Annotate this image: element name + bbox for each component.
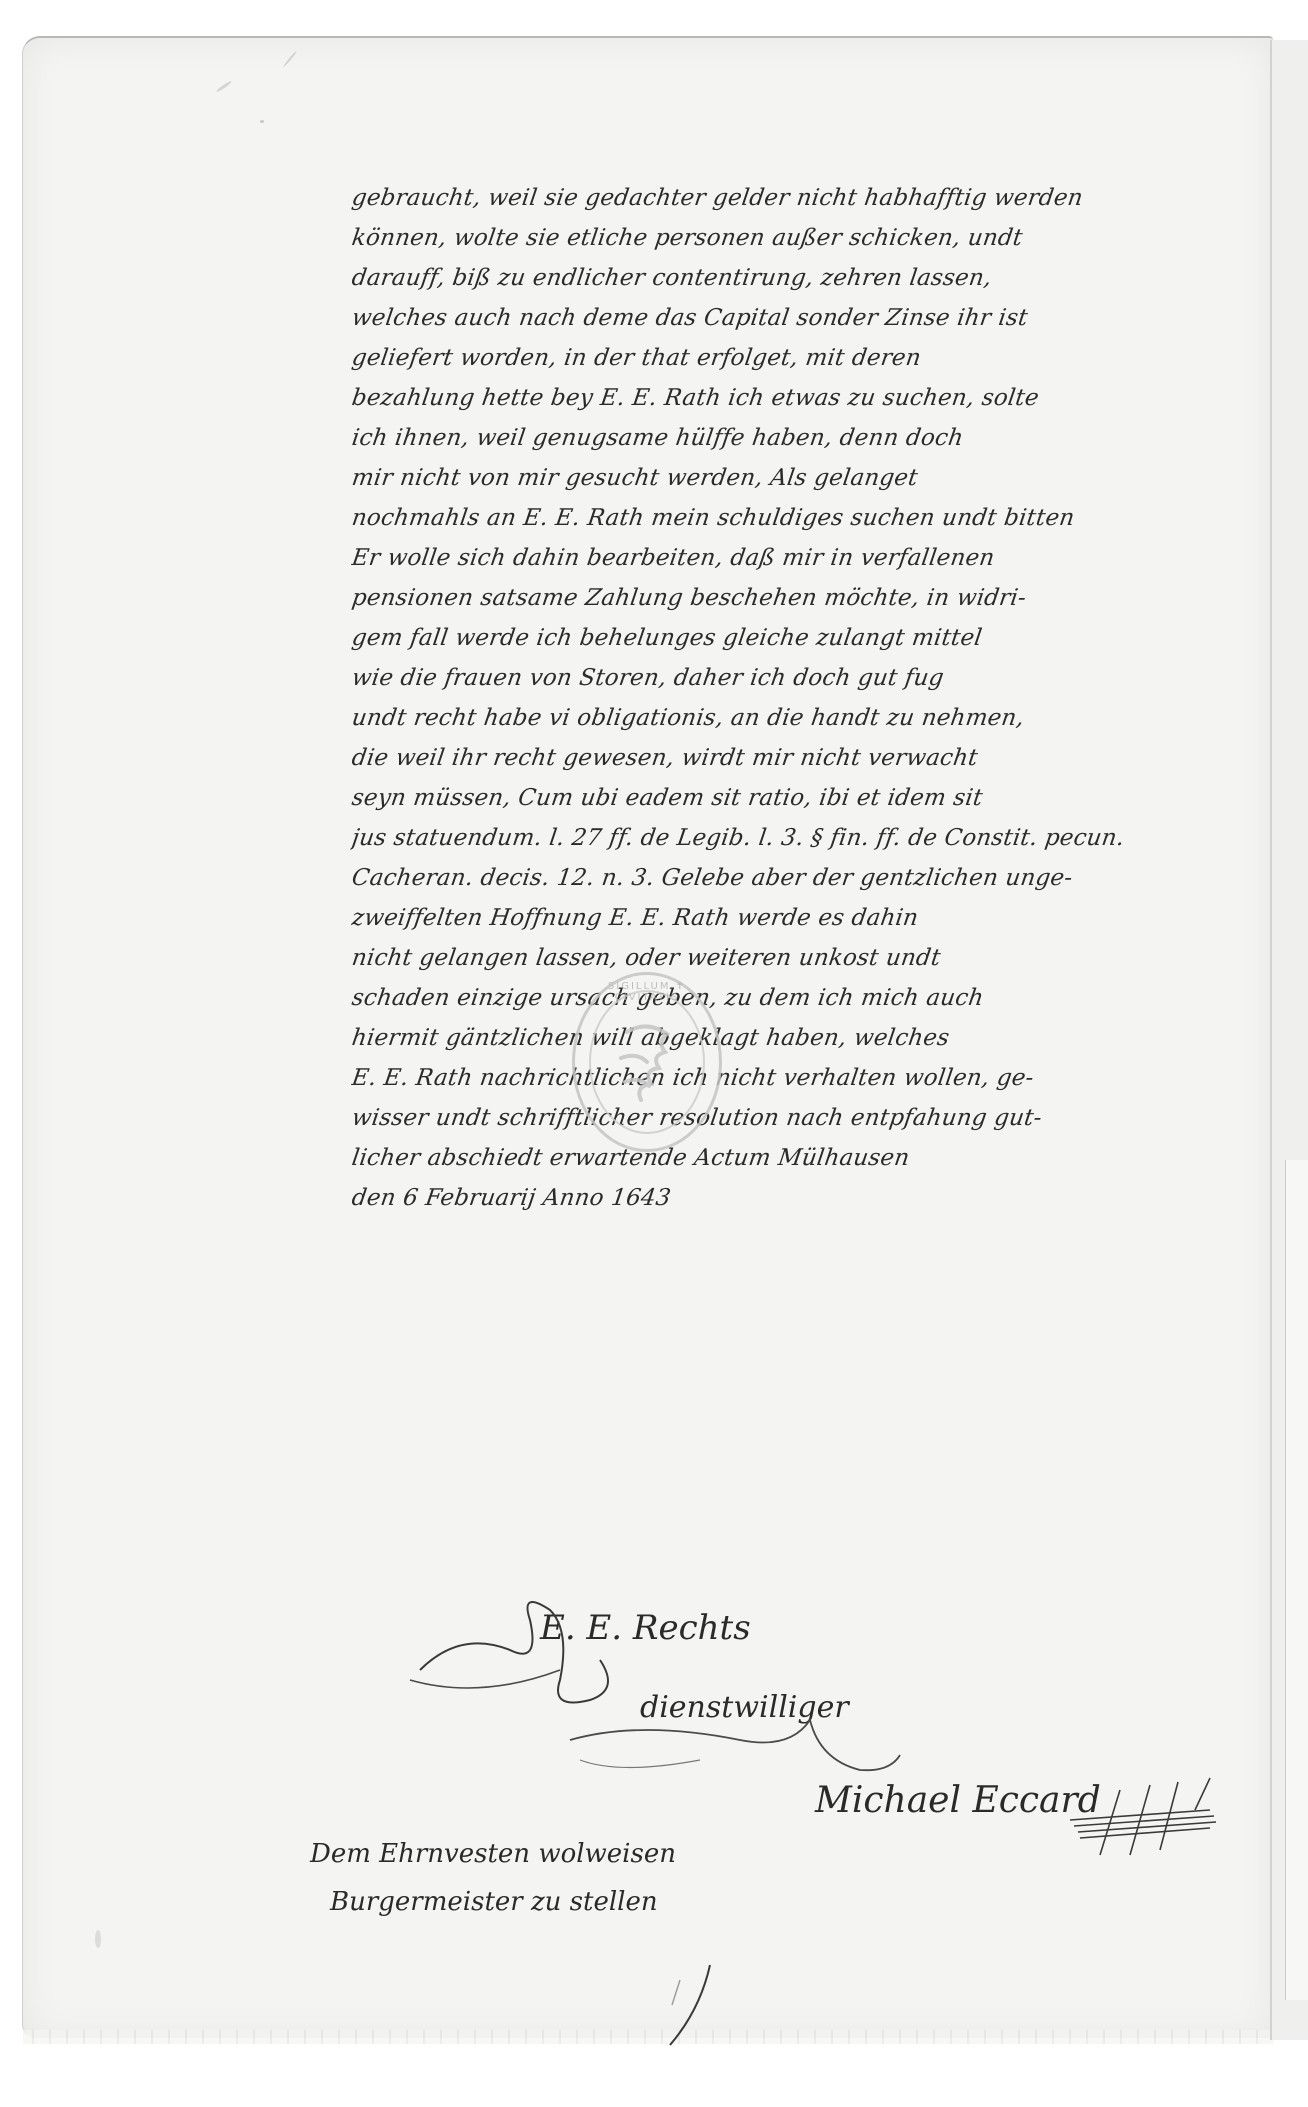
body-line: darauff, biß zu endlicher contentirung, … <box>349 258 1305 298</box>
endorsement-stroke-icon <box>660 1960 720 2050</box>
body-line: geliefert worden, in der that erfolget, … <box>349 338 1305 378</box>
body-line: E. E. Rath nachrichtlichen ich nicht ver… <box>349 1058 1305 1098</box>
closing-flourish-icon <box>560 1700 920 1790</box>
signature-paraph-icon <box>1060 1770 1240 1860</box>
body-line: Cacheran. decis. 12. n. 3. Gelebe aber d… <box>349 858 1305 898</box>
endorsement-line: Dem Ehrnvesten wolweisen <box>310 1830 676 1878</box>
body-line: gem fall werde ich behelunges gleiche zu… <box>349 618 1305 658</box>
body-line: seyn müssen, Cum ubi eadem sit ratio, ib… <box>349 778 1305 818</box>
body-line: den 6 Februarij Anno 1643 <box>349 1178 1305 1218</box>
body-line: wie die frauen von Storen, daher ich doc… <box>349 658 1305 698</box>
body-line: mir nicht von mir gesucht werden, Als ge… <box>349 458 1305 498</box>
paper-stain <box>95 1930 101 1948</box>
letter-body: gebraucht, weil sie gedachter gelder nic… <box>352 178 1302 1218</box>
body-line: Er wolle sich dahin bearbeiten, daß mir … <box>349 538 1305 578</box>
heraldic-lion-icon <box>607 1012 687 1112</box>
endorsement-note: Dem Ehrnvesten wolweisen Burgermeister z… <box>310 1830 676 1926</box>
body-line: zweiffelten Hoffnung E. E. Rath werde es… <box>349 898 1305 938</box>
body-line: ich ihnen, weil genugsame hülffe haben, … <box>349 418 1305 458</box>
body-line: können, wolte sie etliche personen außer… <box>349 218 1305 258</box>
body-line: jus statuendum. l. 27 ff. de Legib. l. 3… <box>349 818 1305 858</box>
body-line: nochmahls an E. E. Rath mein schuldiges … <box>349 498 1305 538</box>
body-line: undt recht habe vi obligationis, an die … <box>349 698 1305 738</box>
body-line: gebraucht, weil sie gedachter gelder nic… <box>349 178 1305 218</box>
folded-flap <box>1285 1160 1308 2000</box>
body-line: nicht gelangen lassen, oder weiteren unk… <box>349 938 1305 978</box>
seal-legend: SIGILLUM ✝ CIVITATIS <box>575 981 719 1003</box>
signature-name: Michael Eccard <box>815 1780 1101 1821</box>
seal-inner-ring <box>589 990 705 1134</box>
archive-seal-stamp: SIGILLUM ✝ CIVITATIS <box>572 972 722 1152</box>
body-line: bezahlung hette bey E. E. Rath ich etwas… <box>349 378 1305 418</box>
paper-speck <box>260 120 264 123</box>
body-line: pensionen satsame Zahlung beschehen möch… <box>349 578 1305 618</box>
body-line: wisser undt schrifftlicher resolution na… <box>349 1098 1305 1138</box>
body-line: schaden einzige ursach geben, zu dem ich… <box>349 978 1305 1018</box>
body-line: die weil ihr recht gewesen, wirdt mir ni… <box>349 738 1305 778</box>
body-line: welches auch nach deme das Capital sonde… <box>349 298 1305 338</box>
body-line: licher abschiedt erwartende Actum Mülhau… <box>349 1138 1305 1178</box>
body-line: hiermit gäntzlichen will abgeklagt haben… <box>349 1018 1305 1058</box>
endorsement-line: Burgermeister zu stellen <box>310 1878 676 1926</box>
